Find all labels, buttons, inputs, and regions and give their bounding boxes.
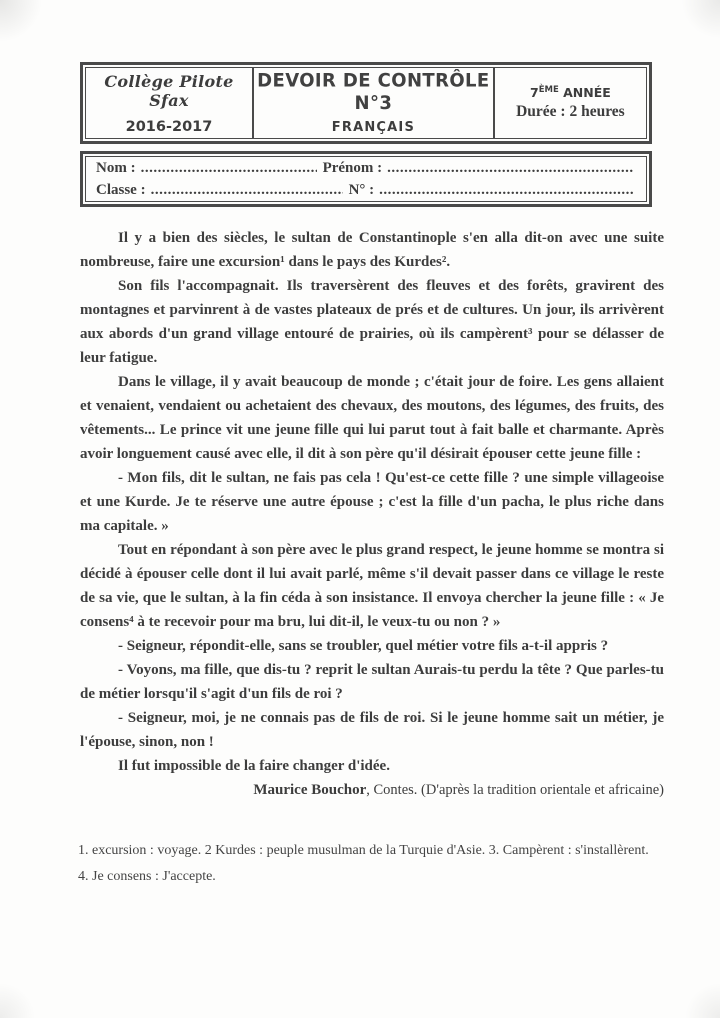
grade-ordinal-suffix: ÈME	[539, 85, 559, 95]
footnote-line: 4. Je consens : J'accepte.	[78, 864, 664, 890]
story-paragraph-dialogue: - Seigneur, répondit-elle, sans se troub…	[80, 634, 664, 658]
grade-duration-cell: 7ÈME ANNÉE Durée : 2 heures	[495, 68, 646, 138]
class-fill-line: ........................................…	[151, 179, 343, 201]
number-label: N° :	[349, 179, 375, 201]
exam-header-box: Collège Pilote Sfax 2016-2017 DEVOIR DE …	[80, 62, 652, 144]
author-name: Maurice Bouchor	[253, 782, 366, 798]
story-paragraph-dialogue: - Mon fils, dit le sultan, ne fais pas c…	[80, 466, 664, 538]
grade-number: 7	[530, 85, 539, 100]
name-fill-line: ........................................…	[141, 157, 317, 179]
reading-text: Il y a bien des siècles, le sultan de Co…	[80, 226, 664, 778]
vocabulary-footnotes: 1. excursion : voyage. 2 Kurdes : peuple…	[78, 838, 664, 890]
story-paragraph: Dans le village, il y avait beaucoup de …	[80, 370, 664, 466]
number-fill-line: ........................................…	[379, 179, 634, 201]
story-paragraph: Il y a bien des siècles, le sultan de Co…	[80, 226, 664, 274]
school-name: Collège Pilote Sfax	[86, 72, 252, 110]
grade-level: 7ÈME ANNÉE	[530, 85, 611, 100]
class-label: Classe :	[96, 179, 146, 201]
story-paragraph-dialogue: - Seigneur, moi, je ne connais pas de fi…	[80, 706, 664, 754]
student-identity-box: Nom : ..................................…	[80, 151, 652, 207]
firstname-fill-line: ........................................…	[387, 157, 634, 179]
story-paragraph: Il fut impossible de la faire changer d'…	[80, 754, 664, 778]
story-paragraph: Tout en répondant à son père avec le plu…	[80, 538, 664, 634]
class-row: Classe : ...............................…	[96, 179, 634, 201]
footnote-line: 1. excursion : voyage. 2 Kurdes : peuple…	[78, 838, 664, 864]
exam-subject: FRANÇAIS	[332, 120, 415, 135]
exam-title-cell: DEVOIR DE CONTRÔLE N°3 FRANÇAIS	[254, 68, 495, 138]
firstname-label: Prénom :	[323, 157, 383, 179]
story-paragraph-dialogue: - Voyons, ma fille, que dis-tu ? reprit …	[80, 658, 664, 706]
student-identity-inner: Nom : ..................................…	[85, 156, 647, 202]
grade-word: ANNÉE	[559, 85, 611, 100]
exam-title: DEVOIR DE CONTRÔLE N°3	[254, 70, 493, 114]
name-row: Nom : ..................................…	[96, 157, 634, 179]
school-cell: Collège Pilote Sfax 2016-2017	[86, 68, 254, 138]
source-reference: , Contes. (D'après la tradition oriental…	[366, 782, 664, 798]
story-paragraph: Son fils l'accompagnait. Ils traversèren…	[80, 274, 664, 370]
school-year: 2016-2017	[126, 119, 213, 135]
exam-duration: Durée : 2 heures	[516, 103, 625, 121]
scanned-exam-page: Collège Pilote Sfax 2016-2017 DEVOIR DE …	[0, 0, 720, 1018]
text-attribution: Maurice Bouchor, Contes. (D'après la tra…	[80, 778, 664, 802]
exam-header-row: Collège Pilote Sfax 2016-2017 DEVOIR DE …	[85, 67, 647, 139]
name-label: Nom :	[96, 157, 136, 179]
